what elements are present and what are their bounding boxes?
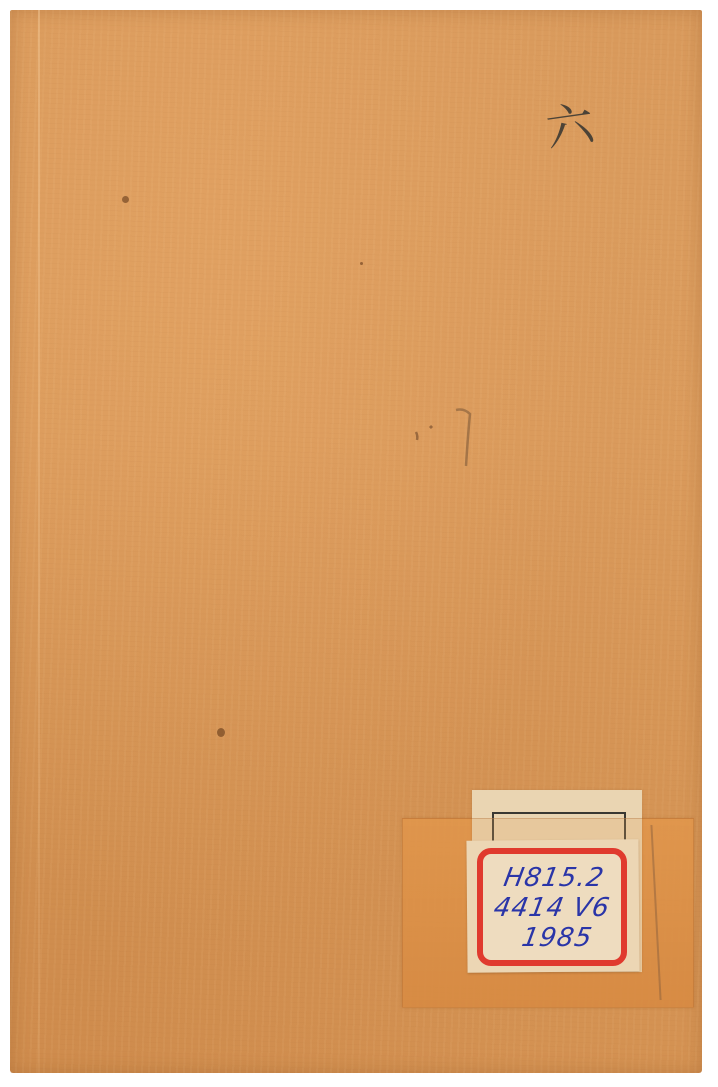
ink-spot xyxy=(217,728,225,737)
call-number-line-1: H815.2 xyxy=(501,863,606,893)
call-number-line-2: 4414 V6 xyxy=(491,893,612,923)
call-number-label: H815.2 4414 V6 1985 xyxy=(477,848,627,966)
volume-number-mark: 六 xyxy=(526,87,615,167)
pencil-mark xyxy=(414,404,474,469)
ink-spot xyxy=(122,196,129,203)
ink-spot xyxy=(360,262,363,265)
call-number-line-3: 1985 xyxy=(519,923,594,953)
paper-crease xyxy=(38,10,40,1073)
